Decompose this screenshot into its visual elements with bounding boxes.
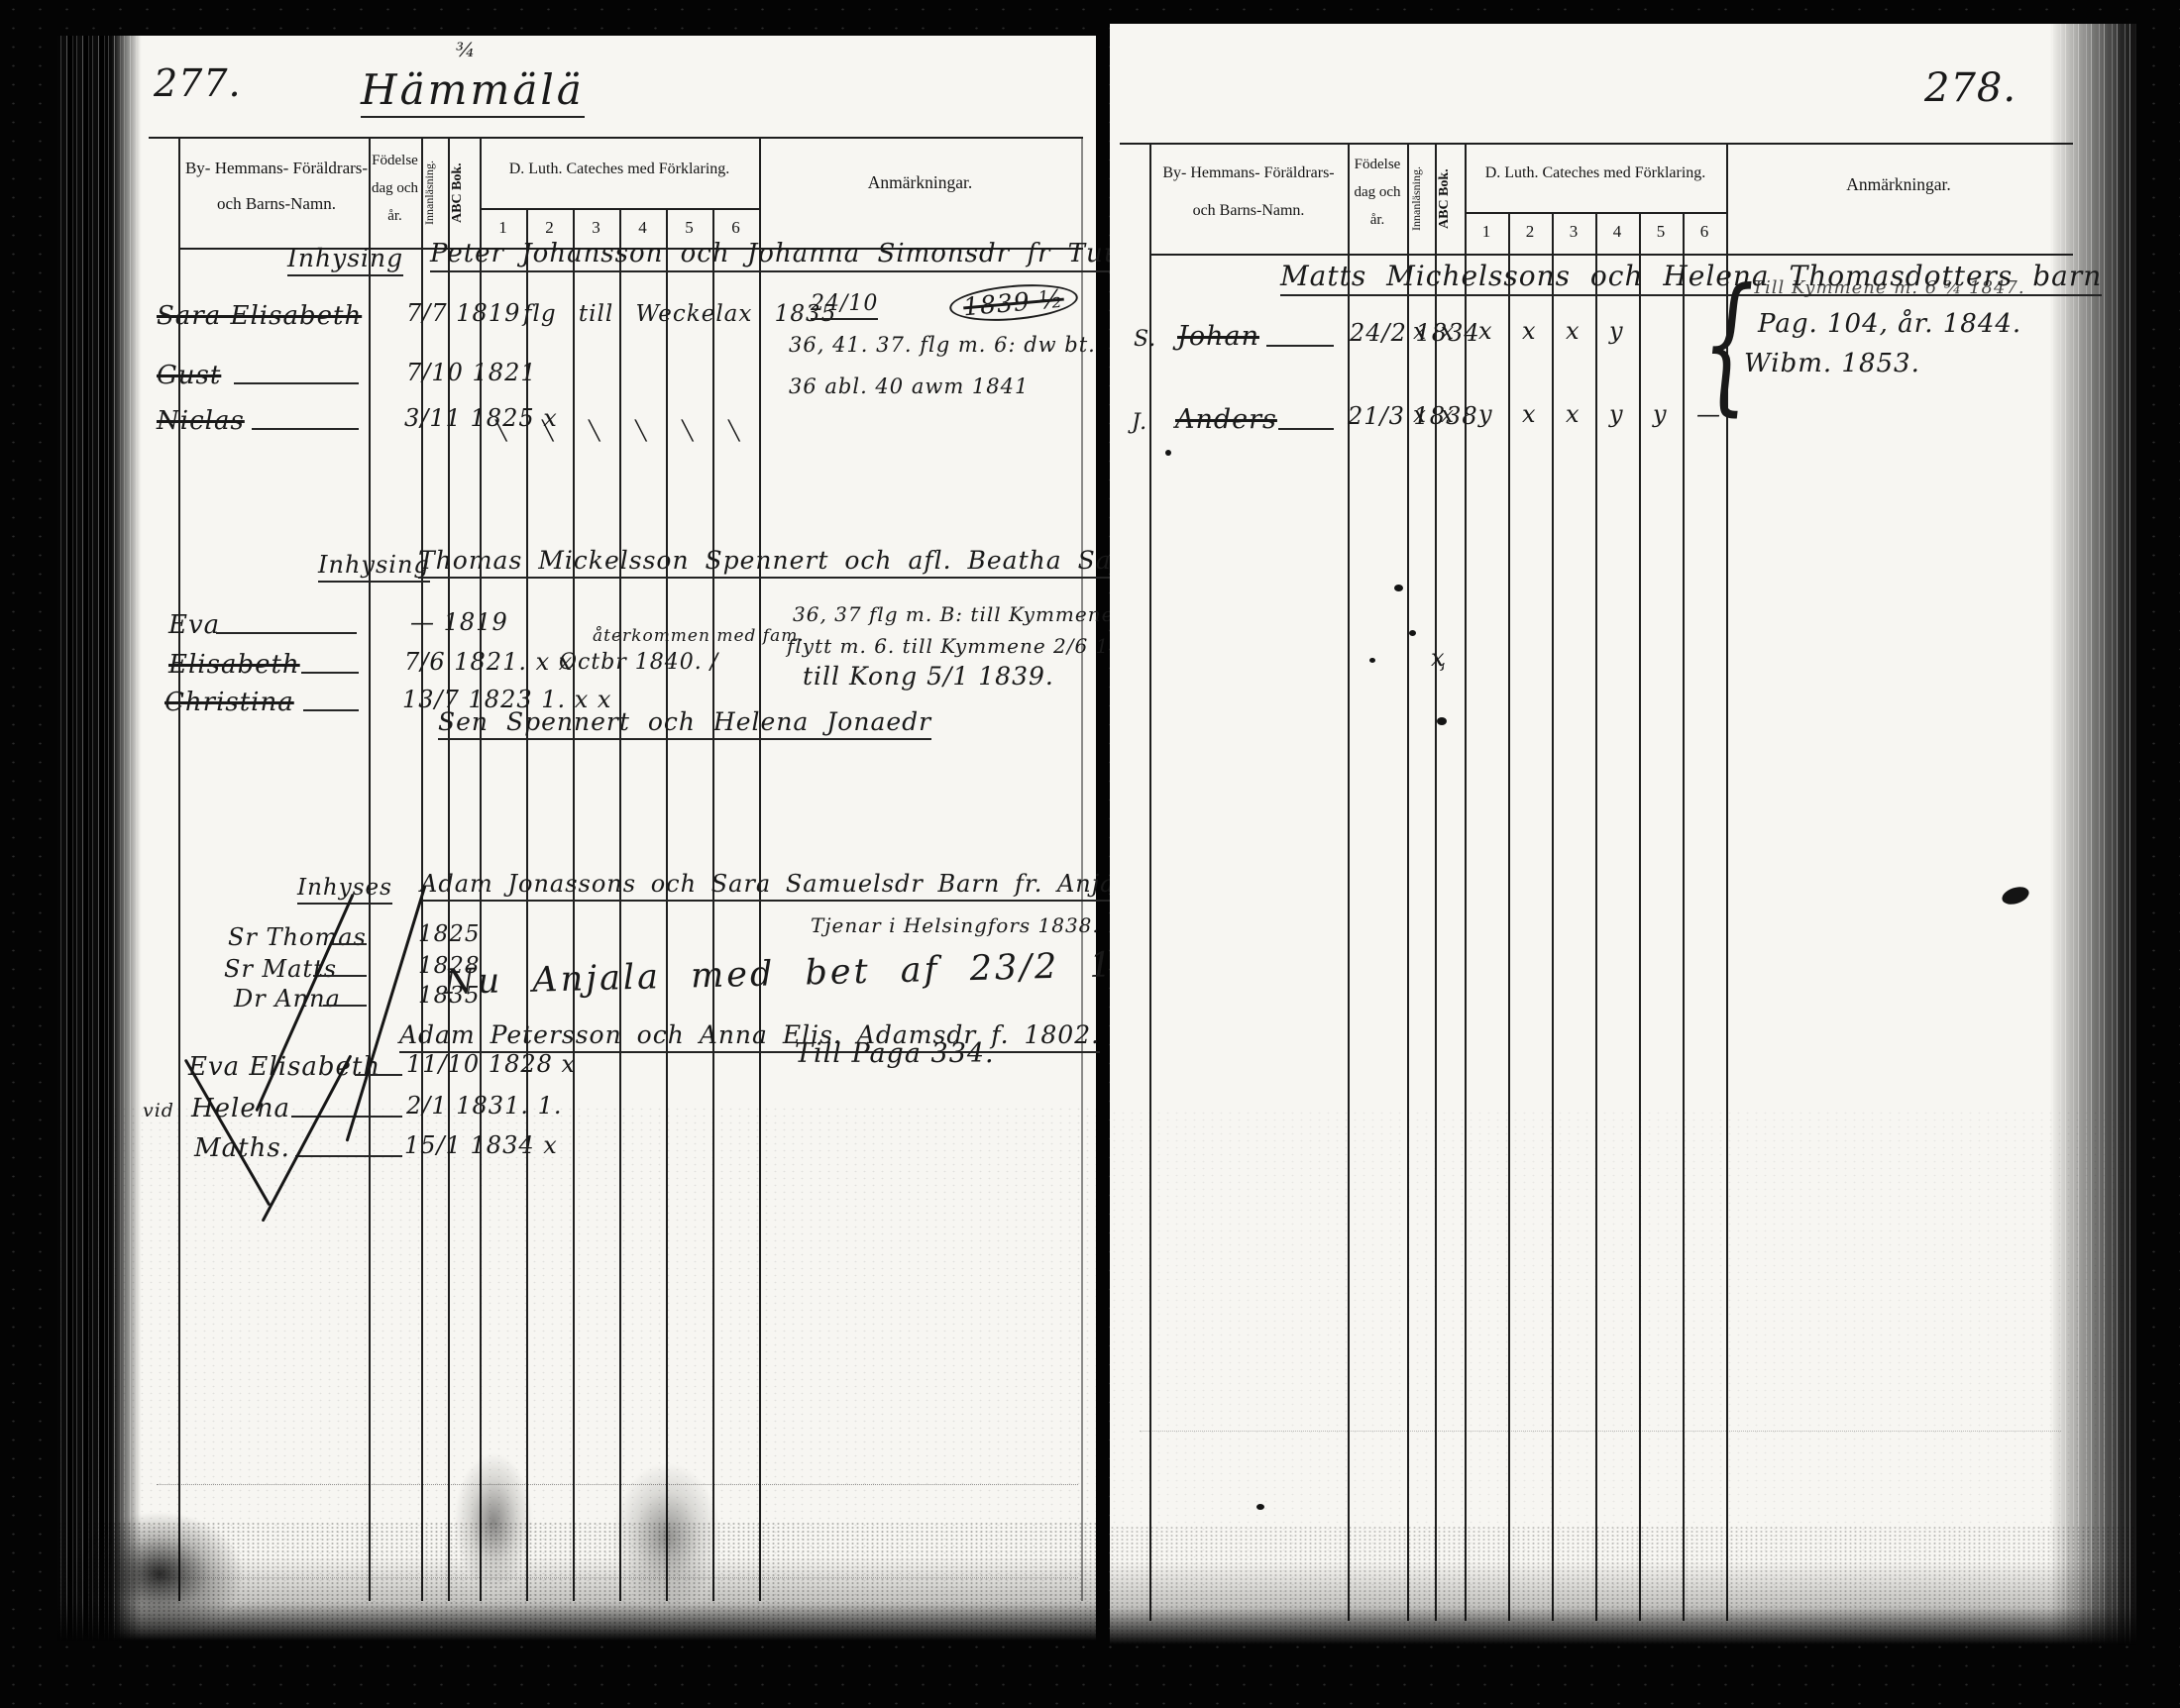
entry-remark: 24/10 (811, 291, 878, 320)
entry-remark: Till Paga 334. (795, 1038, 995, 1069)
col-header-names-line1: By- Hemmans- Föräldrars- (1151, 164, 1346, 182)
circled-remark: 1839 ½ (948, 279, 1079, 325)
catechism-col-6: 6 (1683, 222, 1726, 242)
catechism-tick: ╲ (728, 420, 740, 442)
table-top-rule (1120, 143, 2073, 145)
ditto-dash (331, 943, 367, 945)
family-heading: Adam Petersson och Anna Elis. Adamsdr f.… (399, 1020, 1100, 1053)
ditto-dash (301, 672, 359, 674)
entry-birthdate: 7/7 1819 (406, 299, 520, 327)
ink-smudge (1409, 630, 1416, 636)
stray-ink-mark: ҳ (1431, 644, 1447, 672)
catechism-mark: y (1478, 400, 1493, 428)
catechism-mark: x (1566, 400, 1580, 428)
entry-name: Dr Anna (234, 985, 341, 1013)
header-bottom-rule (1149, 254, 2073, 256)
page-bottom-shadow (57, 1556, 1096, 1641)
left-page: 277. ¾ Hämmälä By- Hemmans- Föräldrars- … (57, 36, 1096, 1641)
entry-remark: 36 abl. 40 awm 1841 (789, 374, 1029, 398)
scanned-parish-register-spread: { "header": { "name_line1": "By- Hemmans… (0, 0, 2180, 1708)
entry-name: Christina (164, 688, 294, 717)
catechism-col-1: 1 (480, 218, 526, 238)
abc-mark: x (1441, 402, 1455, 428)
entry-remark: 36, 41. 37. flg m. 6: dw bt. (789, 333, 1096, 357)
col-header-abc: ABC Bok. (450, 141, 480, 246)
right-page-number: 278. (1924, 65, 2016, 111)
entry-remark: flytt m. 6. till Kymmene 2/6 1839. (787, 634, 1157, 658)
ditto-dash (303, 709, 359, 711)
family-heading-prefix: Inhysing (318, 551, 430, 583)
left-page-title-mark: ¾ (456, 38, 476, 61)
col-header-catechism: D. Luth. Cateches med Förklaring. (1465, 164, 1726, 182)
col-header-birth-line1: Födelse (1348, 157, 1407, 173)
ink-smudge (2000, 884, 2031, 907)
family-heading: Peter Johansson och Johanna Simonsdr fr … (430, 239, 1160, 272)
catechism-mark: x (1522, 317, 1537, 345)
entry-remark: Wibm. 1853. (1744, 349, 1920, 378)
abc-mark: x (1441, 319, 1455, 345)
col-header-reading: Innanläsning. (422, 141, 448, 246)
catechism-col-3: 3 (573, 218, 619, 238)
catechism-col-3: 3 (1552, 222, 1595, 242)
reading-mark: x (1413, 402, 1427, 428)
catechism-mark: y (1609, 400, 1624, 428)
col-header-birth-line2: dag och (369, 180, 421, 197)
family-heading: Thomas Mickelsson Spennert och afl. Beat… (418, 546, 1221, 579)
entry-note: Octbr 1840. / (559, 650, 718, 675)
left-page-number: 277. (154, 61, 242, 105)
entry-name: Elisabeth (168, 650, 300, 680)
ditto-dash (313, 975, 367, 977)
catechism-col-2: 2 (1508, 222, 1552, 242)
entry-name: Sara Elisabeth (157, 301, 362, 331)
col-header-catechism: D. Luth. Cateches med Förklaring. (480, 160, 759, 178)
ditto-dash (216, 632, 357, 634)
catechism-col-4: 4 (619, 218, 666, 238)
ditto-dash (234, 382, 359, 384)
col-header-birth-line1: Födelse (369, 153, 421, 169)
entry-margin-note: J. (1132, 410, 1147, 435)
family-heading-prefix: Inhyses (297, 875, 392, 905)
catechism-mark: x (1522, 400, 1537, 428)
catechism-tick: ╲ (542, 420, 554, 442)
catechism-mark: y (1609, 317, 1624, 345)
remarks-brace: { (1702, 269, 1755, 418)
entry-birthdate: — 1819 (410, 608, 508, 636)
catechism-tick: ╲ (635, 420, 647, 442)
catechism-col-6: 6 (712, 218, 759, 238)
ditto-dash (1266, 345, 1334, 347)
entry-name: Anders (1175, 404, 1277, 435)
entry-name: Niclas (157, 406, 245, 436)
family-heading-prefix: Inhysing (287, 244, 403, 276)
table-top-rule (149, 137, 1083, 139)
entry-birthdate: 7/6 1821. x x (404, 648, 573, 676)
family-subheading: Sen Spennert och Helena Jonaedr (438, 707, 931, 740)
col-header-names-line2: och Barns-Namn. (1151, 202, 1346, 220)
entry-note: flg till Weckelax 1835 (523, 301, 836, 327)
col-header-birth-line2: dag och (1348, 184, 1407, 201)
col-header-names-line1: By- Hemmans- Föräldrars- (184, 159, 369, 178)
ink-smudge (1165, 450, 1171, 456)
entry-birthdate: 3/11 1825 x (404, 404, 558, 432)
catechism-col-2: 2 (526, 218, 573, 238)
family-heading: Adam Jonassons och Sara Samuelsdr Barn f… (420, 870, 1227, 902)
entry-remark: Pag. 104, år. 1844. (1758, 309, 2021, 339)
catechism-mark: x (1566, 317, 1580, 345)
entry-remark: 36, 37 flg m. B: till Kymmene (793, 602, 1114, 626)
ink-smudge (1437, 717, 1447, 725)
catechism-tick: ╲ (495, 420, 507, 442)
col-header-remarks: Anmärkningar. (1726, 174, 2071, 195)
ink-smudge (1394, 585, 1403, 591)
col-header-birth-line3: år. (1348, 212, 1407, 229)
catechism-tick: ╲ (682, 420, 694, 442)
col-header-names-line2: och Barns-Namn. (184, 194, 369, 214)
ink-smudge (1369, 658, 1375, 663)
catechism-col-5: 5 (666, 218, 712, 238)
ditto-dash (323, 1005, 367, 1007)
entry-margin-note: S. (1134, 327, 1156, 352)
catechism-col-4: 4 (1595, 222, 1639, 242)
entry-name: Sr Thomas (228, 923, 367, 951)
entry-remark: Till Kymmene m. 6 ¾ 1847. (1752, 277, 2025, 298)
entry-birthdate: 1825 (418, 921, 481, 947)
ditto-dash (1278, 428, 1334, 430)
entry-remark: Tjenar i Helsingfors 1838. (811, 913, 1100, 937)
left-page-title: Hämmälä (361, 65, 585, 118)
entry-birthdate: 7/10 1821 (406, 359, 537, 386)
catechism-mark: y (1653, 400, 1668, 428)
entry-remark: till Kong 5/1 1839. (803, 662, 1054, 691)
entry-birthdate: 11/10 1828 x (406, 1050, 576, 1078)
col-header-birth-line3: år. (369, 208, 421, 225)
entry-name: Gust (157, 361, 221, 390)
entry-name: Johan (1177, 321, 1259, 352)
col-header-remarks: Anmärkningar. (759, 172, 1081, 193)
catechism-tick: ╲ (589, 420, 600, 442)
catechism-mark: x (1478, 317, 1493, 345)
entry-name: Eva (168, 610, 220, 640)
catechism-col-1: 1 (1465, 222, 1508, 242)
reading-mark: x (1413, 319, 1427, 345)
col-header-reading: Innanläsning. (1409, 147, 1435, 252)
catechism-col-5: 5 (1639, 222, 1683, 242)
entry-big-note: Nu Anjala med bet af 23/2 1839. (444, 943, 1204, 1003)
col-header-abc: ABC Bok. (1437, 147, 1465, 252)
entry-note: återkommen med fam. (593, 626, 805, 646)
ditto-dash (252, 428, 359, 430)
page-bottom-shadow (1110, 1560, 2136, 1645)
ditto-dash (355, 1074, 402, 1076)
right-page: 278. By- Hemmans- Föräldrars- och Barns-… (1110, 24, 2136, 1645)
